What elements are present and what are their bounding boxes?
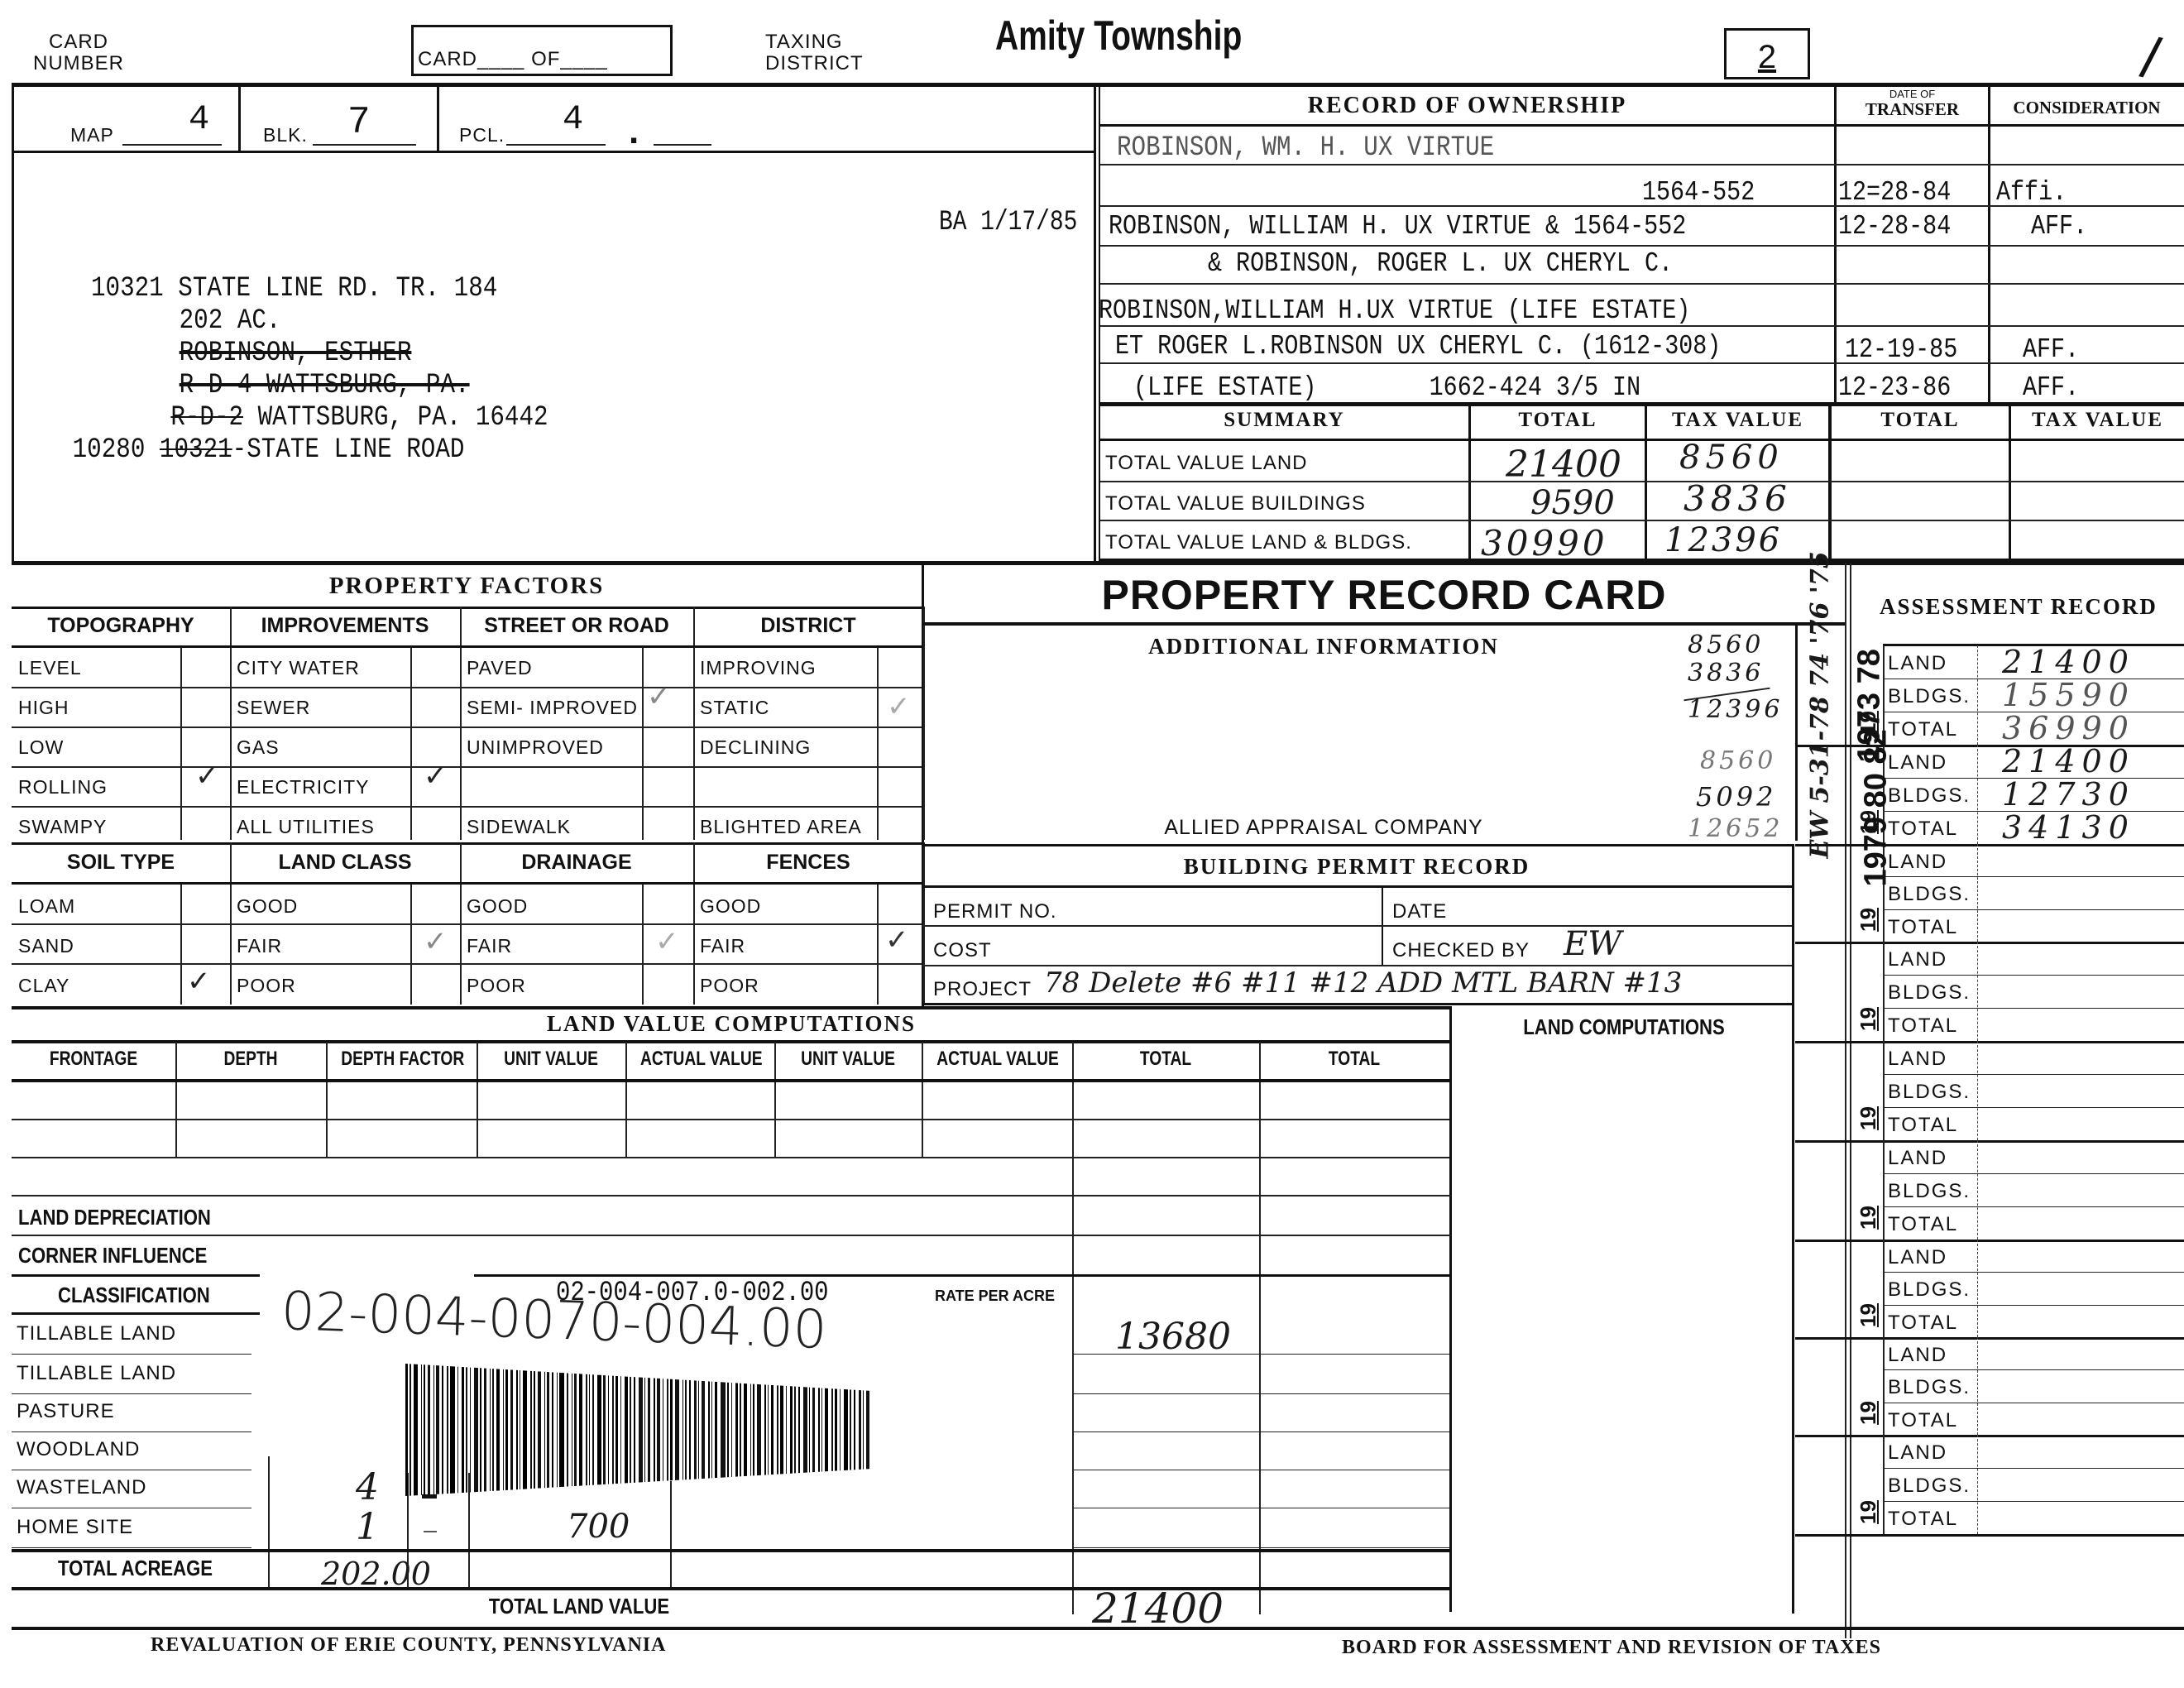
- summary-total-header-2: TOTAL: [1832, 409, 2009, 432]
- ownership-row-3-consideration: AFF.: [2031, 211, 2087, 242]
- assessment-year: 19: [1856, 1106, 1881, 1130]
- lvc-cell[interactable]: [14, 1120, 173, 1155]
- address-block: 10321 STATE LINE RD. TR. 184 202 AC. ROB…: [91, 273, 548, 467]
- class-rate: 700: [567, 1508, 630, 1546]
- factor-option: FAIR: [467, 935, 512, 957]
- summary-land-bldgs-total: 30990: [1481, 523, 1608, 563]
- summary-tax-header-2: TAX VALUE: [2011, 409, 2184, 432]
- factor-checkbox[interactable]: [879, 649, 919, 685]
- acreage-dash: [422, 1494, 437, 1499]
- permit-date-label: DATE: [1392, 900, 1447, 923]
- check-mark-icon: ✓: [647, 680, 671, 713]
- assessment-label-bldgs: BLDGS.: [1888, 1376, 1971, 1399]
- rate-per-acre-label: RATE PER ACRE: [935, 1288, 1055, 1305]
- ownership-row-6: ET ROGER L.ROBINSON UX CHERYL C. (1612-3…: [1115, 331, 1721, 362]
- factor-option: POOR: [467, 975, 526, 997]
- assessment-label-bldgs: BLDGS.: [1888, 1180, 1971, 1203]
- factor-header-district: DISTRICT: [693, 614, 923, 638]
- blk-value: 7: [347, 101, 371, 144]
- ownership-row-2-deed: 1564-552: [1642, 177, 1755, 208]
- factor-header-street-or-road: STREET OR ROAD: [460, 614, 693, 638]
- summary-row-buildings: TOTAL VALUE BUILDINGS: [1105, 492, 1366, 516]
- ownership-row-3: ROBINSON, WILLIAM H. UX VIRTUE & 1564-55…: [1109, 211, 1686, 242]
- assessment-value-total: 34130: [2002, 809, 2135, 846]
- margin-note-5: 5092: [1696, 781, 1776, 813]
- assessment-label-total: TOTAL: [1888, 818, 1958, 841]
- factor-checkbox[interactable]: [879, 965, 919, 1001]
- class-label-tillable-land: TILLABLE LAND: [17, 1362, 176, 1385]
- summary-land-bldgs-tax: 12396: [1664, 521, 1782, 559]
- factor-option: SEMI- IMPROVED: [467, 698, 639, 717]
- class-label-home-site: HOME SITE: [17, 1516, 133, 1539]
- class-acres: 1: [356, 1506, 379, 1548]
- lvc-cell[interactable]: [479, 1082, 623, 1117]
- factor-option: FAIR: [700, 935, 745, 957]
- summary-header: SUMMARY: [1100, 409, 1468, 432]
- factor-option: ELECTRICITY: [237, 778, 407, 796]
- permit-no-label: PERMIT NO.: [933, 900, 1057, 923]
- ownership-row-6-consideration: AFF.: [2023, 334, 2079, 365]
- consideration-header: CONSIDERATION: [1990, 98, 2184, 118]
- class-label-tillable-land: TILLABLE LAND: [17, 1322, 176, 1345]
- property-factors-title: PROPERTY FACTORS: [12, 573, 922, 600]
- total-land-value-label: TOTAL LAND VALUE: [368, 1594, 790, 1619]
- class-acres: 4: [356, 1466, 379, 1508]
- factor-checkbox[interactable]: [413, 885, 457, 922]
- lvc-cell[interactable]: [1262, 1082, 1447, 1117]
- factor-checkbox[interactable]: [879, 808, 919, 844]
- building-permit-title: BUILDING PERMIT RECORD: [922, 854, 1792, 880]
- assessment-label-land: LAND: [1888, 1441, 1947, 1465]
- record-card-title: PROPERTY RECORD CARD: [925, 571, 1843, 619]
- land-depreciation-label: LAND DEPRECIATION: [18, 1205, 211, 1230]
- pcl-label: PCL.: [459, 124, 505, 146]
- factor-option: CITY WATER: [237, 659, 407, 677]
- ownership-row-5: ROBINSON,WILLIAM H.UX VIRTUE (LIFE ESTAT…: [1099, 295, 1690, 326]
- lvc-header: TOTAL: [1091, 1048, 1241, 1071]
- class-label-wasteland: WASTELAND: [17, 1476, 146, 1499]
- lvc-cell[interactable]: [1075, 1082, 1257, 1117]
- assessment-label-land: LAND: [1888, 1147, 1947, 1170]
- lvc-cell[interactable]: [1262, 1120, 1447, 1155]
- address-stamp: BA 1/17/85: [939, 207, 1077, 238]
- lvc-cell[interactable]: [328, 1120, 474, 1155]
- ownership-row-4: & ROBINSON, ROGER L. UX CHERYL C.: [1208, 248, 1673, 279]
- lvc-cell[interactable]: [924, 1120, 1070, 1155]
- allied-appraisal-company: ALLIED APPRAISAL COMPANY: [1034, 816, 1613, 840]
- lvc-cell[interactable]: [924, 1082, 1070, 1117]
- assessment-label-total: TOTAL: [1888, 1312, 1958, 1335]
- factor-option: GAS: [237, 738, 407, 756]
- margin-note-6: 12652: [1688, 814, 1783, 843]
- lvc-cell[interactable]: [777, 1082, 919, 1117]
- assessment-label-bldgs: BLDGS.: [1888, 981, 1971, 1005]
- factor-option: LOW: [18, 738, 177, 756]
- lvc-cell[interactable]: [14, 1082, 173, 1117]
- lvc-header: ACTUAL VALUE: [640, 1048, 759, 1071]
- ownership-row-2-consideration: Affi.: [1996, 177, 2067, 208]
- lvc-cell[interactable]: [628, 1120, 772, 1155]
- summary-tax-header: TAX VALUE: [1647, 409, 1828, 432]
- factor-option: POOR: [700, 975, 759, 997]
- acreage-dash: [424, 1531, 437, 1532]
- factor-option: SEWER: [237, 698, 407, 717]
- card-of-label: CARD____ OF____: [418, 48, 608, 71]
- pcl-value: 4: [563, 99, 583, 139]
- factor-option: UNIMPROVED: [467, 738, 639, 756]
- barcode: [405, 1364, 1084, 1496]
- project-label: PROJECT: [933, 978, 1032, 1001]
- assessment-year: 19: [1856, 1500, 1881, 1524]
- factor-checkbox[interactable]: [413, 965, 457, 1001]
- assessment-label-land: LAND: [1888, 1048, 1947, 1071]
- land-computations-title: LAND COMPUTATIONS: [1481, 1014, 1766, 1040]
- factor-header-soil-type: SOIL TYPE: [12, 851, 230, 875]
- factor-header-fences: FENCES: [693, 851, 923, 875]
- assessment-label-total: TOTAL: [1888, 718, 1958, 741]
- lvc-cell[interactable]: [178, 1082, 323, 1117]
- lvc-header: DEPTH: [190, 1048, 311, 1071]
- address-line-6: 10280 10321-STATE LINE ROAD: [73, 434, 548, 467]
- taxing-district-label: TAXING DISTRICT: [765, 31, 881, 74]
- factor-header-land-class: LAND CLASS: [230, 851, 460, 875]
- factor-option: GOOD: [237, 895, 298, 918]
- assessment-title: ASSESSMENT RECORD: [1880, 594, 2158, 620]
- assessment-label-bldgs: BLDGS.: [1888, 784, 1971, 808]
- taxing-district: Amity Township: [995, 12, 1242, 60]
- factor-checkbox[interactable]: [879, 728, 919, 765]
- assessment-label-bldgs: BLDGS.: [1888, 883, 1971, 906]
- pcl-dot: .: [629, 111, 639, 152]
- box-number: 2: [1724, 28, 1810, 79]
- lvc-cell[interactable]: [479, 1120, 623, 1155]
- assessment-label-total: TOTAL: [1888, 1014, 1958, 1038]
- assessment-value-land: 21400: [2002, 743, 2135, 779]
- blk-label: BLK.: [263, 124, 308, 146]
- factor-option: LEVEL: [18, 659, 177, 677]
- lvc-cell[interactable]: [777, 1120, 919, 1155]
- lvc-cell[interactable]: [178, 1120, 323, 1155]
- lvc-header: UNIT VALUE: [789, 1048, 907, 1071]
- lvc-header: TOTAL: [1278, 1048, 1430, 1071]
- classification-label: CLASSIFICATION: [58, 1283, 210, 1308]
- assessment-label-bldgs: BLDGS.: [1888, 1081, 1971, 1104]
- blk-underline: [313, 144, 416, 146]
- factor-option: ALL UTILITIES: [237, 818, 407, 836]
- ownership-row-1: ROBINSON, WM. H. UX VIRTUE: [1117, 132, 1494, 164]
- address-line-1: 10321 STATE LINE RD. TR. 184: [91, 273, 548, 305]
- check-mark-icon: ✓: [424, 925, 448, 958]
- margin-note-4: 8560: [1700, 746, 1776, 775]
- factor-option: SIDEWALK: [467, 818, 639, 836]
- lvc-header: DEPTH FACTOR: [341, 1048, 462, 1071]
- factor-option: DECLINING: [700, 738, 874, 756]
- address-line-4: R D 4 WATTSBURG, PA.: [91, 370, 548, 402]
- factor-checkbox[interactable]: [183, 688, 227, 725]
- summary-land-tax: 8560: [1679, 439, 1784, 477]
- factor-checkbox[interactable]: [413, 808, 457, 844]
- factor-checkbox[interactable]: [644, 808, 691, 844]
- cost-field[interactable]: [1005, 932, 1373, 961]
- margin-note-1: 8560: [1688, 631, 1764, 659]
- tillable-value: 13680: [1115, 1316, 1231, 1358]
- check-mark-icon: ✓: [195, 760, 219, 793]
- lvc-cell[interactable]: [1075, 1120, 1257, 1155]
- permit-no-field[interactable]: [1067, 892, 1373, 922]
- assessment-label-total: TOTAL: [1888, 1114, 1958, 1137]
- class-label-pasture: PASTURE: [17, 1400, 115, 1423]
- total-land-value: 21400: [1092, 1585, 1224, 1633]
- assessment-value-total: 36990: [2002, 710, 2135, 746]
- pcl-suffix-underline: [654, 144, 711, 146]
- factor-option: HIGH: [18, 698, 177, 717]
- vertical-stamp: EW 5-31-78 74 '76 '75: [1806, 611, 1835, 859]
- factor-option: SAND: [18, 935, 74, 957]
- assessment-label-total: TOTAL: [1888, 1409, 1958, 1432]
- ownership-row-7: (LIFE ESTATE) 1662-424 3/5 IN: [1133, 372, 1640, 403]
- assessment-label-bldgs: BLDGS.: [1888, 1475, 1971, 1498]
- assessment-label-land: LAND: [1888, 948, 1947, 971]
- margin-note-2: 3836: [1688, 659, 1764, 688]
- assessment-label-land: LAND: [1888, 751, 1947, 774]
- footer-right: BOARD FOR ASSESSMENT AND REVISION OF TAX…: [1342, 1637, 1881, 1659]
- summary-buildings-total: 9590: [1530, 484, 1615, 522]
- lvc-header: ACTUAL VALUE: [936, 1048, 1057, 1071]
- ownership-row-7-date: 12-23-86: [1838, 372, 1951, 403]
- permit-date-field[interactable]: [1464, 892, 1779, 922]
- assessment-label-total: TOTAL: [1888, 1213, 1958, 1236]
- factor-option: POOR: [237, 975, 296, 997]
- factor-header-improvements: IMPROVEMENTS: [230, 614, 460, 638]
- assessment-label-total: TOTAL: [1888, 916, 1958, 939]
- pcl-underline: [506, 144, 606, 146]
- factor-checkbox[interactable]: [413, 688, 457, 725]
- assessment-value-land: 21400: [2002, 644, 2135, 680]
- assessment-label-bldgs: BLDGS.: [1888, 1278, 1971, 1302]
- factor-checkbox[interactable]: [644, 728, 691, 765]
- map-value: 4: [189, 99, 209, 139]
- factor-checkbox[interactable]: [644, 965, 691, 1001]
- ownership-row-2-date: 12=28-84: [1838, 177, 1951, 208]
- card-number-label: CARD NUMBER: [25, 31, 132, 74]
- summary-row-land-bldgs: TOTAL VALUE LAND & BLDGS.: [1105, 531, 1412, 554]
- footer-left: REVALUATION OF ERIE COUNTY, PENNSYLVANIA: [151, 1634, 666, 1657]
- check-mark-icon: ✓: [187, 965, 211, 998]
- summary-buildings-tax: 3836: [1683, 478, 1792, 519]
- date-transfer-small: DATE OF: [1837, 88, 1988, 100]
- factor-option: PAVED: [467, 659, 639, 677]
- map-underline: [122, 144, 222, 146]
- assessment-year: 19: [1856, 1007, 1881, 1031]
- date-transfer-header: TRANSFER: [1837, 99, 1988, 120]
- ownership-title: RECORD OF OWNERSHIP: [1100, 93, 1834, 119]
- factor-option: FAIR: [237, 935, 282, 957]
- factor-option: GOOD: [700, 895, 761, 918]
- project-value: 78 Delete #6 #11 #12 ADD MTL BARN #13: [1044, 966, 1682, 1000]
- ownership-row-3-date: 12-28-84: [1838, 211, 1951, 242]
- assessment-stamp-1979: 1979 80 82: [1859, 722, 1894, 887]
- factor-checkbox[interactable]: [183, 808, 227, 844]
- assessment-value-bldgs: 12730: [2002, 776, 2135, 813]
- factor-checkbox[interactable]: [183, 925, 227, 961]
- factor-option: BLIGHTED AREA: [700, 818, 874, 836]
- address-line-3: ROBINSON, ESTHER: [91, 338, 411, 370]
- address-line-5: R-D-2 WATTSBURG, PA. 16442: [91, 402, 548, 434]
- assessment-year: 19: [1856, 1206, 1881, 1230]
- margin-note-3: 12396: [1688, 695, 1783, 724]
- summary-land-total: 21400: [1506, 444, 1621, 486]
- lvc-cell[interactable]: [628, 1082, 772, 1117]
- factor-option: IMPROVING: [700, 659, 874, 677]
- total-acreage-label: TOTAL ACREAGE: [58, 1556, 213, 1581]
- factor-option: STATIC: [700, 698, 874, 717]
- additional-info-title: ADDITIONAL INFORMATION: [1034, 634, 1613, 659]
- summary-total-header: TOTAL: [1471, 409, 1645, 432]
- class-label-woodland: WOODLAND: [17, 1438, 140, 1461]
- factor-checkbox[interactable]: [644, 885, 691, 922]
- factor-header-topography: TOPOGRAPHY: [12, 614, 230, 638]
- factor-option: LOAM: [18, 895, 75, 918]
- factor-option: SWAMPY: [18, 818, 177, 836]
- factor-option: ROLLING: [18, 778, 177, 796]
- assessment-year: 19: [1856, 1303, 1881, 1327]
- land-value-title: LAND VALUE COMPUTATIONS: [12, 1011, 1451, 1037]
- corner-mark: /: [2136, 24, 2166, 92]
- factor-checkbox[interactable]: [413, 649, 457, 685]
- ownership-row-6-date: 12-19-85: [1845, 334, 1957, 365]
- factor-option: GOOD: [467, 895, 528, 918]
- factor-checkbox[interactable]: [879, 885, 919, 922]
- factor-checkbox[interactable]: [879, 768, 919, 804]
- factor-checkbox[interactable]: [644, 768, 691, 804]
- assessment-year: 19: [1856, 908, 1881, 932]
- assessment-value-bldgs: 15590: [2002, 677, 2135, 713]
- checked-by-value: EW: [1564, 925, 1621, 963]
- summary-row-land: TOTAL VALUE LAND: [1105, 452, 1308, 475]
- factor-option: CLAY: [18, 975, 69, 997]
- ownership-row-7-consideration: AFF.: [2023, 372, 2079, 403]
- assessment-label-land: LAND: [1888, 1344, 1947, 1367]
- lvc-header: FRONTAGE: [28, 1048, 159, 1071]
- check-mark-icon: ✓: [424, 760, 448, 793]
- check-mark-icon: ✓: [885, 923, 909, 957]
- cost-label: COST: [933, 939, 992, 962]
- factor-header-drainage: DRAINAGE: [460, 851, 693, 875]
- factor-checkbox[interactable]: [183, 649, 227, 685]
- assessment-label-total: TOTAL: [1888, 1508, 1958, 1531]
- lvc-header: UNIT VALUE: [491, 1048, 611, 1071]
- check-mark-icon: ✓: [655, 925, 679, 958]
- check-mark-icon: ✓: [887, 690, 911, 723]
- assessment-label-bldgs: BLDGS.: [1888, 685, 1971, 708]
- address-line-2: 202 AC.: [91, 305, 548, 338]
- map-label: MAP: [70, 124, 114, 146]
- lvc-cell[interactable]: [328, 1082, 474, 1117]
- assessment-label-land: LAND: [1888, 851, 1947, 874]
- corner-influence-label: CORNER INFLUENCE: [18, 1243, 207, 1268]
- assessment-label-land: LAND: [1888, 652, 1947, 675]
- assessment-year: 19: [1856, 1401, 1881, 1425]
- factor-checkbox[interactable]: [183, 885, 227, 922]
- checked-by-label: CHECKED BY: [1392, 939, 1530, 962]
- assessment-label-land: LAND: [1888, 1246, 1947, 1269]
